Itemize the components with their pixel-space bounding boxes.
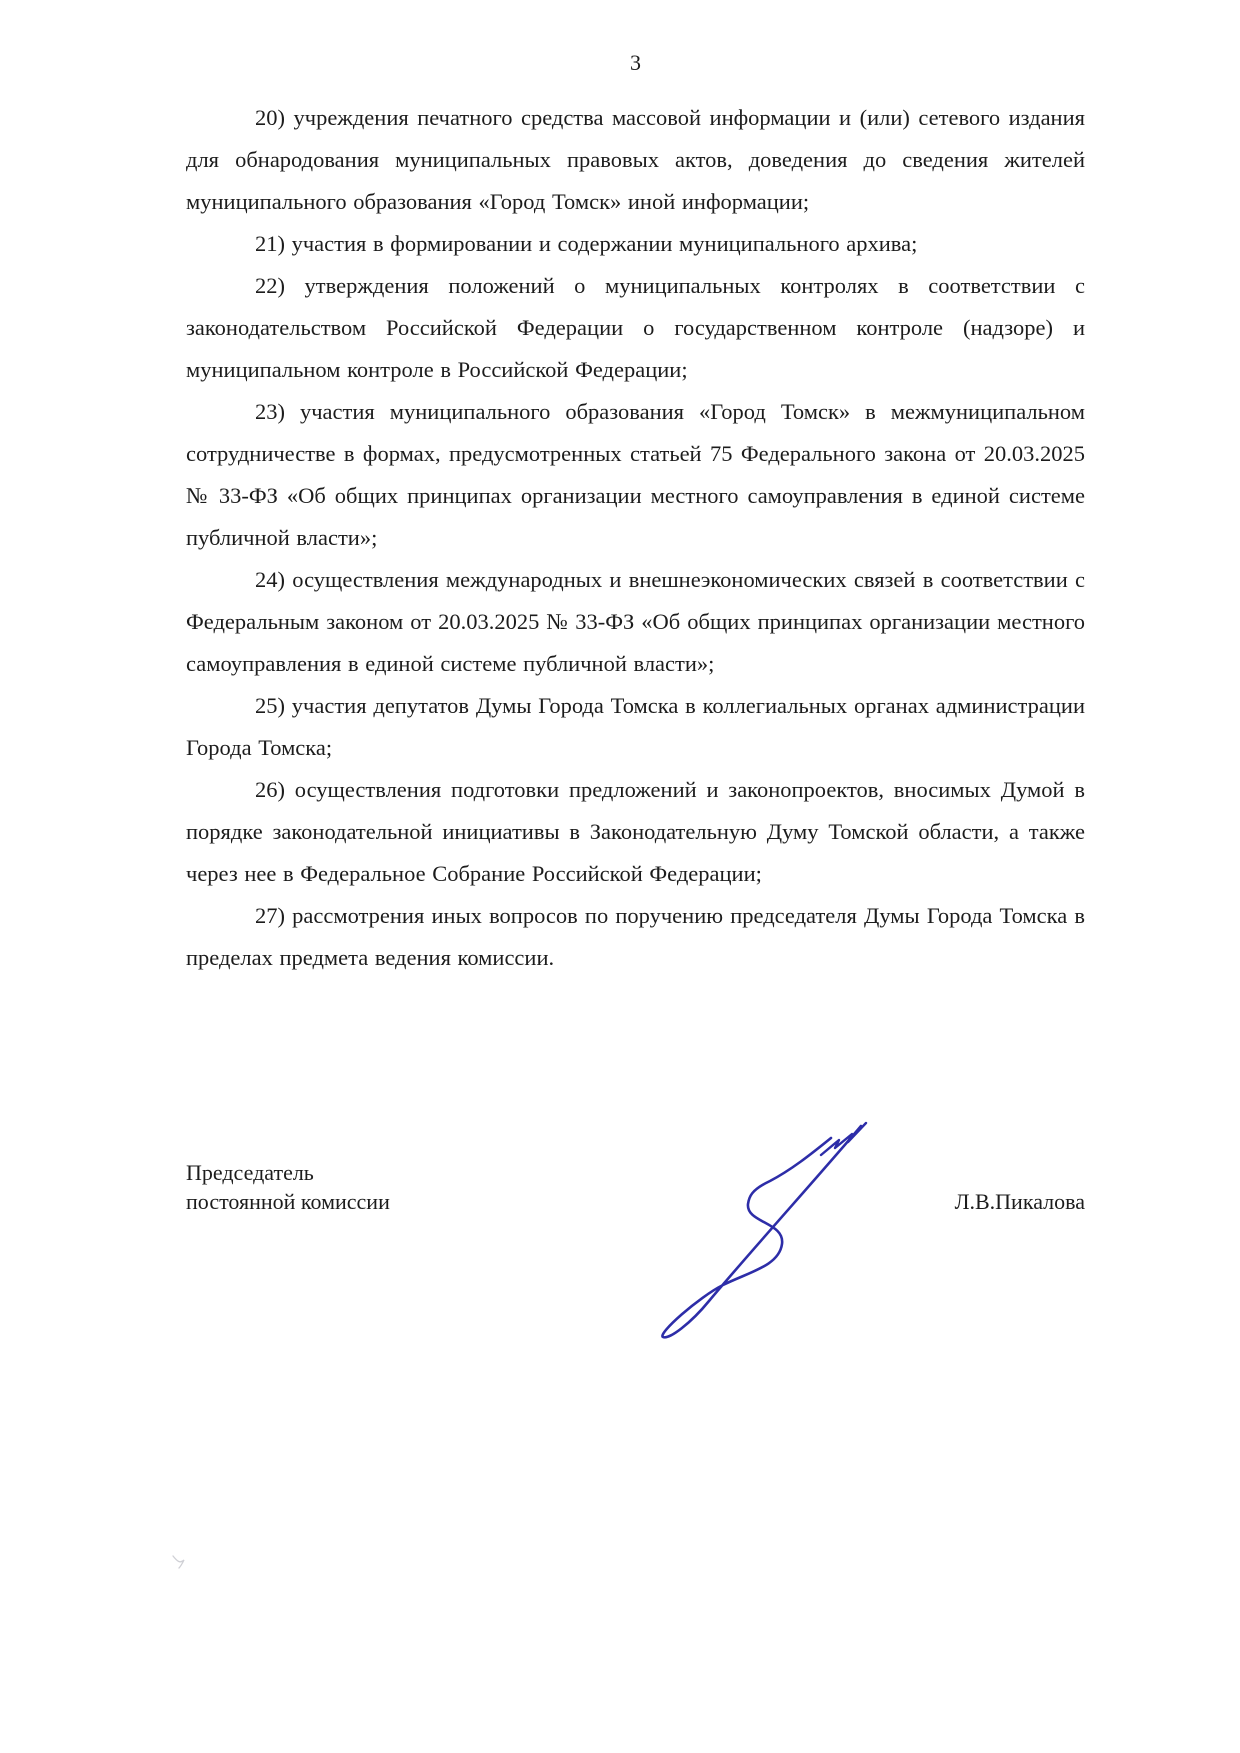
list-item-24: 24) осуществления международных и внешне… [186,559,1085,685]
list-item-22: 22) утверждения положений о муниципальны… [186,265,1085,391]
list-item-26: 26) осуществления подготовки предложений… [186,769,1085,895]
list-item-25: 25) участия депутатов Думы Города Томска… [186,685,1085,769]
signer-position-line2: постоянной комиссии [186,1187,390,1216]
document-page: 3 20) учреждения печатного средства масс… [0,0,1240,1753]
scan-artifact-mark [170,1552,190,1572]
page-number: 3 [186,50,1085,76]
signature-block: Председатель постоянной комиссии Л.В.Пик… [186,1158,1085,1216]
signature-flourish-stroke [821,1123,866,1155]
list-item-23: 23) участия муниципального образования «… [186,391,1085,559]
signer-position: Председатель постоянной комиссии [186,1158,390,1216]
document-body: 20) учреждения печатного средства массов… [186,97,1085,979]
list-item-27: 27) рассмотрения иных вопросов по поруче… [186,895,1085,979]
list-item-20: 20) учреждения печатного средства массов… [186,97,1085,223]
signer-name: Л.В.Пикалова [955,1187,1085,1216]
signature-ink [598,1076,950,1361]
signer-position-line1: Председатель [186,1158,390,1187]
list-item-21: 21) участия в формировании и содержании … [186,223,1085,265]
